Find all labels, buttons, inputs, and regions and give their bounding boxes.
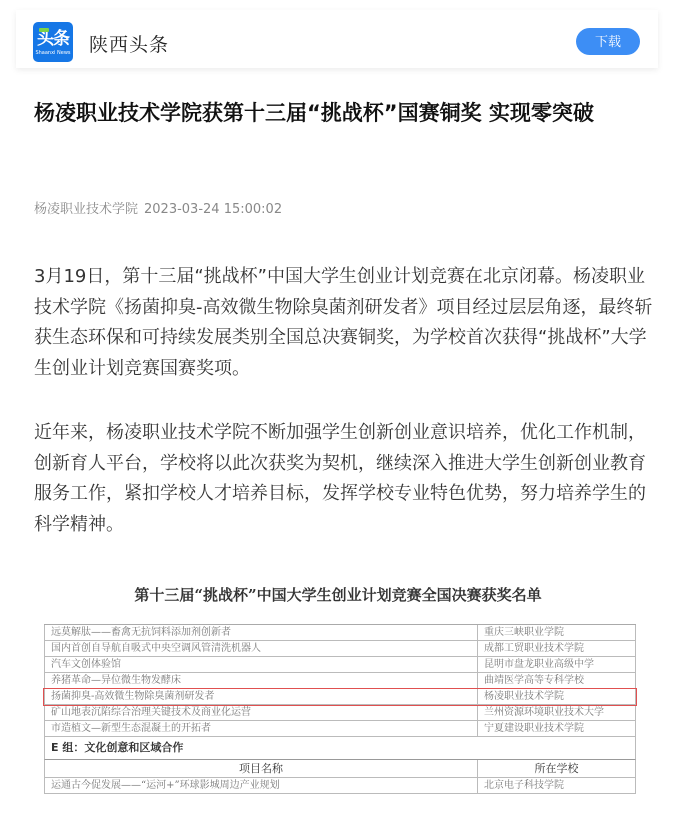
group-label: E 组：文化创意和区域合作 [44, 737, 636, 760]
table-row: 汽车文创体验馆 昆明市盘龙职业高级中学 [44, 657, 636, 673]
article-title: 杨凌职业技术学院获第十三届“挑战杯”国赛铜奖 实现零突破 [34, 94, 654, 132]
article-datetime: 2023-03-24 15:00:02 [144, 202, 282, 217]
project-name: 汽车文创体验馆 [45, 657, 478, 672]
article-paragraph: 近年来，杨凌职业技术学院不断加强学生创新创业意识培养，优化工作机制，创新育人平台… [34, 418, 654, 540]
project-name: 市造植文—新型生态混凝土的开拓者 [45, 721, 478, 736]
project-name: 远莫解肽——畜禽无抗饲料添加剂创新者 [45, 625, 478, 640]
column-header-school: 所在学校 [478, 760, 635, 777]
project-name: 养猪革命—异位微生物发酵床 [45, 673, 478, 688]
article-paragraph: 3月19日，第十三届“挑战杯”中国大学生创业计划竞赛在北京闭幕。杨凌职业技术学院… [34, 262, 654, 384]
table-row: 市造植文—新型生态混凝土的开拓者 宁夏建设职业技术学院 [44, 721, 636, 737]
project-name: 扬菌抑臭-高效微生物除臭菌剂研发者 [45, 689, 478, 704]
school-name: 兰州资源环境职业技术大学 [478, 705, 635, 720]
article-author[interactable]: 杨凌职业技术学院 [34, 202, 138, 217]
school-name: 重庆三峡职业学院 [478, 625, 635, 640]
table-row: 养猪革命—异位微生物发酵床 曲靖医学高等专科学校 [44, 673, 636, 689]
figure-title: 第十三届“挑战杯”中国大学生创业计划竞赛全国决赛获奖名单 [38, 584, 638, 605]
logo-tag [39, 28, 49, 32]
project-name: 国内首创自导航自吸式中央空调风管清洗机器人 [45, 641, 478, 656]
download-button[interactable]: 下载 [576, 28, 640, 55]
table-row: 国内首创自导航自吸式中央空调风管清洗机器人 成都工贸职业技术学院 [44, 641, 636, 657]
table-header: 项目名称 所在学校 [44, 760, 636, 778]
school-name: 宁夏建设职业技术学院 [478, 721, 635, 736]
table-row-highlighted: 扬菌抑臭-高效微生物除臭菌剂研发者 杨凌职业技术学院 [44, 689, 636, 705]
table-row: 矿山地表沉陷综合治理关键技术及商业化运营 兰州资源环境职业技术大学 [44, 705, 636, 721]
table-row: 运通古今促发展——“运河+”环球影城周边产业规划 北京电子科技学院 [44, 778, 636, 794]
logo-subtext: Shaanxi News [33, 50, 73, 56]
school-name: 昆明市盘龙职业高级中学 [478, 657, 635, 672]
school-name: 北京电子科技学院 [478, 778, 635, 793]
app-logo-icon[interactable]: 头条 Shaanxi News [33, 22, 73, 62]
app-header: 头条 Shaanxi News 陕西头条 下载 [16, 10, 658, 68]
column-header-project: 项目名称 [45, 760, 478, 777]
school-name: 杨凌职业技术学院 [478, 689, 635, 704]
award-table: 远莫解肽——畜禽无抗饲料添加剂创新者 重庆三峡职业学院 国内首创自导航自吸式中央… [44, 624, 636, 794]
school-name: 成都工贸职业技术学院 [478, 641, 635, 656]
project-name: 矿山地表沉陷综合治理关键技术及商业化运营 [45, 705, 478, 720]
article-meta: 杨凌职业技术学院2023-03-24 15:00:02 [34, 198, 282, 217]
award-list-image[interactable]: 第十三届“挑战杯”中国大学生创业计划竞赛全国决赛获奖名单 远莫解肽——畜禽无抗饲… [38, 578, 638, 834]
table-row: 远莫解肽——畜禽无抗饲料添加剂创新者 重庆三峡职业学院 [44, 625, 636, 641]
project-name: 运通古今促发展——“运河+”环球影城周边产业规划 [45, 778, 478, 793]
school-name: 曲靖医学高等专科学校 [478, 673, 635, 688]
brand-name[interactable]: 陕西头条 [89, 30, 169, 57]
